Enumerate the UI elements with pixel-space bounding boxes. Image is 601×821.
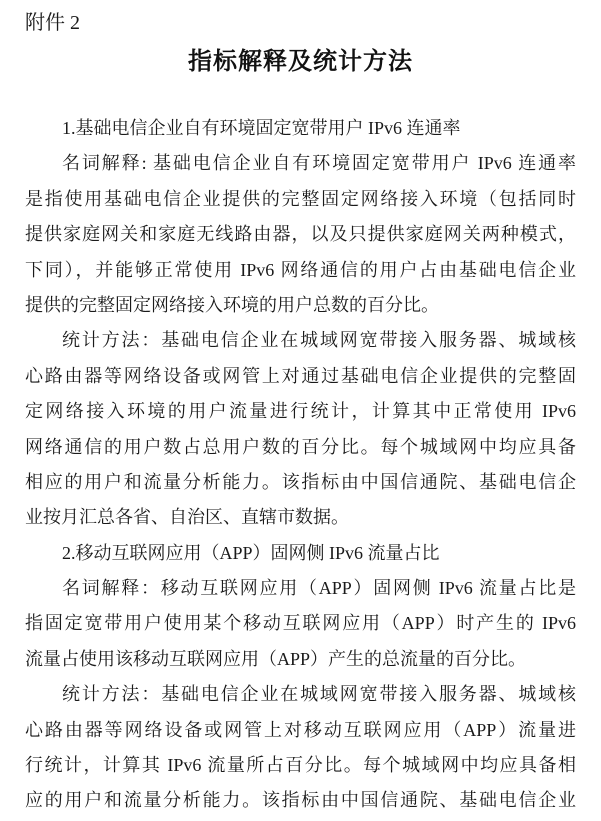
paragraph-definition: 名词解释：移动互联网应用（APP）固网侧 IPv6 流量占比是指固定宽带用户使用… bbox=[25, 571, 576, 677]
text-line: 网络通信的用户数占总用户数的百分比。每个城域网中均应具备 bbox=[25, 430, 576, 465]
document-page: 附件 2 指标解释及统计方法 1.基础电信企业自有环境固定宽带用户 IPv6 连… bbox=[0, 0, 601, 821]
text-line: 名词解释：移动互联网应用（APP）固网侧 IPv6 流量占比是 bbox=[25, 571, 576, 606]
text-line: 指固定宽带用户使用某个移动互联网应用（APP）时产生的 IPv6 bbox=[25, 606, 576, 641]
text-line: 1.基础电信企业自有环境固定宽带用户 IPv6 连通率 bbox=[25, 111, 576, 146]
text-line: 定网络接入环境的用户流量进行统计，计算其中正常使用 IPv6 bbox=[25, 394, 576, 429]
text-line: 业按月汇总各省、自治区、直辖市数据。 bbox=[25, 500, 576, 535]
text-line: 统计方法：基础电信企业在城域网宽带接入服务器、城域核 bbox=[25, 323, 576, 358]
text-line: 是指使用基础电信企业提供的完整固定网络接入环境（包括同时 bbox=[25, 182, 576, 217]
paragraph-item-heading: 1.基础电信企业自有环境固定宽带用户 IPv6 连通率 bbox=[25, 111, 576, 146]
text-line: 流量占使用该移动互联网应用（APP）产生的总流量的百分比。 bbox=[25, 642, 576, 677]
paragraph-definition: 名词解释: 基础电信企业自有环境固定宽带用户 IPv6 连通率是指使用基础电信企… bbox=[25, 146, 576, 323]
text-line: 2.移动互联网应用（APP）固网侧 IPv6 流量占比 bbox=[25, 536, 576, 571]
document-title: 指标解释及统计方法 bbox=[25, 47, 576, 77]
text-line: 应的用户和流量分析能力。该指标由中国信通院、基础电信企业 bbox=[25, 783, 576, 818]
text-line: 相应的用户和流量分析能力。该指标由中国信通院、基础电信企 bbox=[25, 465, 576, 500]
document-body: 1.基础电信企业自有环境固定宽带用户 IPv6 连通率名词解释: 基础电信企业自… bbox=[25, 111, 576, 819]
text-line: 心路由器等网络设备或网管上对移动互联网应用（APP）流量进 bbox=[25, 713, 576, 748]
paragraph-method: 统计方法：基础电信企业在城域网宽带接入服务器、城域核心路由器等网络设备或网管上对… bbox=[25, 677, 576, 819]
text-line: 行统计，计算其 IPv6 流量所占百分比。每个城域网中均应具备相 bbox=[25, 748, 576, 783]
text-line: 心路由器等网络设备或网管上对通过基础电信企业提供的完整固 bbox=[25, 359, 576, 394]
text-line: 统计方法：基础电信企业在城域网宽带接入服务器、城域核 bbox=[25, 677, 576, 712]
text-line: 提供的完整固定网络接入环境的用户总数的百分比。 bbox=[25, 288, 576, 323]
text-line: 下同），并能够正常使用 IPv6 网络通信的用户占由基础电信企业 bbox=[25, 253, 576, 288]
attachment-label: 附件 2 bbox=[25, 10, 576, 37]
text-line: 名词解释: 基础电信企业自有环境固定宽带用户 IPv6 连通率 bbox=[25, 146, 576, 181]
text-line: 提供家庭网关和家庭无线路由器，以及只提供家庭网关两种模式， bbox=[25, 217, 576, 252]
paragraph-item-heading: 2.移动互联网应用（APP）固网侧 IPv6 流量占比 bbox=[25, 536, 576, 571]
paragraph-method: 统计方法：基础电信企业在城域网宽带接入服务器、城域核心路由器等网络设备或网管上对… bbox=[25, 323, 576, 535]
